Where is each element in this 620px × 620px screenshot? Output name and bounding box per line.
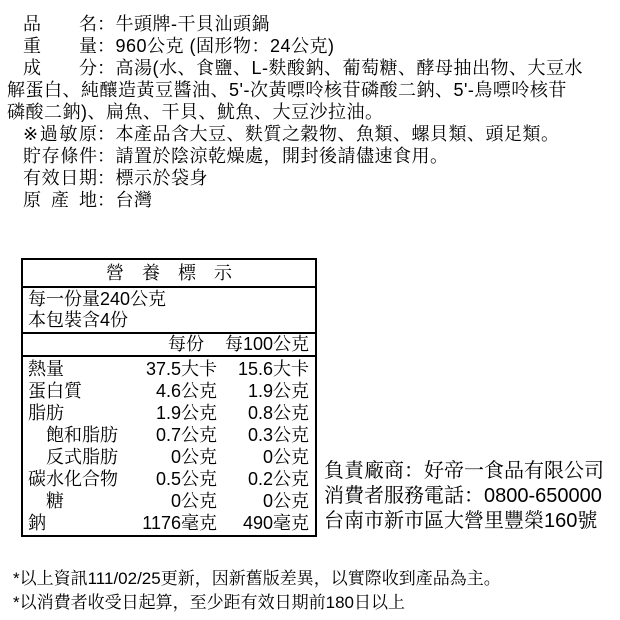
field-label-expiry: 有效日期 <box>23 167 97 189</box>
field-label-storage: 貯存條件 <box>23 145 97 167</box>
nutrient-name: 蛋白質 <box>23 380 127 402</box>
nutrient-per-100g: 0.8公克 <box>217 402 309 424</box>
nutrient-row-carbohydrate: 碳水化合物 0.5公克 0.2公克 <box>23 468 309 490</box>
nutrient-name: 碳水化合物 <box>23 468 127 490</box>
nutrient-per-serving: 1.9公克 <box>127 402 217 424</box>
nutrient-name: 反式脂肪 <box>23 446 127 468</box>
field-label-product-name: 品名 <box>23 13 97 35</box>
servings-per-pack: 本包裝含4份 <box>28 310 315 331</box>
footnote-shelf-life: *以消費者收受日起算，至少距有效日期前180日以上 <box>13 591 501 615</box>
nutrient-per-100g: 0.3公克 <box>217 424 309 446</box>
nutrient-row-trans-fat: 反式脂肪 0公克 0公克 <box>23 446 309 468</box>
field-value-expiry: 標示於袋身 <box>116 168 209 188</box>
nutrient-per-serving: 1176毫克 <box>127 512 217 534</box>
colon-separator: ： <box>97 123 116 145</box>
nutrient-row-saturated-fat: 飽和脂肪 0.7公克 0.3公克 <box>23 424 309 446</box>
field-value-product-name: 牛頭牌-干貝汕頭鍋 <box>116 14 271 34</box>
colon-separator: ： <box>97 167 116 189</box>
nutrient-name: 糖 <box>23 490 127 512</box>
product-info-block: 品名：牛頭牌-干貝汕頭鍋 重量：960公克 (固形物：24公克) 成分：高湯(水… <box>7 13 613 211</box>
nutrient-row-fat: 脂肪 1.9公克 0.8公克 <box>23 402 309 424</box>
nutrient-per-100g: 490毫克 <box>217 512 309 534</box>
info-row-expiry: 有效日期：標示於袋身 <box>7 167 613 189</box>
colon-separator: ： <box>97 13 116 35</box>
colon-separator: ： <box>97 145 116 167</box>
info-row-storage: 貯存條件：請置於陰涼乾燥處，開封後請儘速食用。 <box>7 145 613 167</box>
nutrient-row-protein: 蛋白質 4.6公克 1.9公克 <box>23 380 309 402</box>
footnote-update-date: *以上資訊111/02/25更新，因新舊版差異，以實際收到產品為主。 <box>13 567 501 591</box>
colon-separator: ： <box>97 189 116 211</box>
field-value-storage: 請置於陰涼乾燥處，開封後請儘速食用。 <box>116 146 449 166</box>
column-header-per-100g: 每100公克 <box>217 334 309 355</box>
field-label-weight: 重量 <box>23 35 97 57</box>
service-phone-line: 消費者服務電話：0800-650000 <box>324 484 604 509</box>
nutrient-per-serving: 0公克 <box>127 490 217 512</box>
colon-separator: ： <box>97 35 116 57</box>
ingredients-continuation-line: 磷酸二鈉)、扁魚、干貝、魷魚、大豆沙拉油。 <box>7 101 613 123</box>
info-row-weight: 重量：960公克 (固形物：24公克) <box>7 35 613 57</box>
colon-separator: ： <box>97 57 116 79</box>
serving-info-section: 每一份量240公克 本包裝含4份 <box>23 288 315 334</box>
nutrient-name: 熱量 <box>23 358 127 380</box>
field-value-ingredients: 高湯(水、食鹽、L-麩酸鈉、葡萄糖、酵母抽出物、大豆水 <box>116 58 584 78</box>
nutrient-per-100g: 1.9公克 <box>217 380 309 402</box>
vendor-name-line: 負責廠商：好帝一食品有限公司 <box>324 459 604 484</box>
vendor-address-line: 台南市新市區大營里豐榮160號 <box>324 509 604 534</box>
info-row-product-name: 品名：牛頭牌-干貝汕頭鍋 <box>7 13 613 35</box>
product-label-page: 品名：牛頭牌-干貝汕頭鍋 重量：960公克 (固形物：24公克) 成分：高湯(水… <box>0 0 620 620</box>
info-row-origin: 原產地：台灣 <box>7 189 613 211</box>
nutrient-name: 脂肪 <box>23 402 127 424</box>
nutrient-per-100g: 0.2公克 <box>217 468 309 490</box>
nutrient-rows: 熱量 37.5大卡 15.6大卡 蛋白質 4.6公克 1.9公克 脂肪 1.9公… <box>23 357 315 535</box>
info-row-ingredients: 成分：高湯(水、食鹽、L-麩酸鈉、葡萄糖、酵母抽出物、大豆水 <box>7 57 613 79</box>
vendor-info-block: 負責廠商：好帝一食品有限公司 消費者服務電話：0800-650000 台南市新市… <box>324 459 604 534</box>
nutrient-per-100g: 0公克 <box>217 446 309 468</box>
field-label-allergens: ※過敏原 <box>23 123 97 145</box>
serving-size: 每一份量240公克 <box>28 289 315 310</box>
field-value-allergens: 本產品含大豆、麩質之穀物、魚類、螺貝類、頭足類。 <box>116 124 560 144</box>
nutrient-name: 飽和脂肪 <box>23 424 127 446</box>
nutrient-per-serving: 0公克 <box>127 446 217 468</box>
column-header-per-serving: 每份 <box>127 334 217 355</box>
field-value-origin: 台灣 <box>116 190 153 210</box>
field-label-ingredients: 成分 <box>23 57 97 79</box>
field-value-weight: 960公克 (固形物：24公克) <box>116 36 335 56</box>
nutrient-per-100g: 0公克 <box>217 490 309 512</box>
nutrient-per-serving: 4.6公克 <box>127 380 217 402</box>
nutrition-facts-table: 營養標示 每一份量240公克 本包裝含4份 每份 每100公克 熱量 37.5大… <box>21 258 317 537</box>
nutrient-row-sodium: 鈉 1176毫克 490毫克 <box>23 512 309 534</box>
nutrient-per-serving: 37.5大卡 <box>127 358 217 380</box>
nutrient-per-100g: 15.6大卡 <box>217 358 309 380</box>
nutrient-per-serving: 0.5公克 <box>127 468 217 490</box>
footnotes-block: *以上資訊111/02/25更新，因新舊版差異，以實際收到產品為主。 *以消費者… <box>13 567 501 615</box>
nutrition-table-title: 營養標示 <box>23 260 315 288</box>
nutrient-name: 鈉 <box>23 512 127 534</box>
nutrient-per-serving: 0.7公克 <box>127 424 217 446</box>
column-header-row: 每份 每100公克 <box>23 334 315 357</box>
nutrient-row-sugar: 糖 0公克 0公克 <box>23 490 309 512</box>
info-row-allergens: ※過敏原：本產品含大豆、麩質之穀物、魚類、螺貝類、頭足類。 <box>7 123 613 145</box>
nutrient-row-calories: 熱量 37.5大卡 15.6大卡 <box>23 358 309 380</box>
ingredients-continuation-line: 解蛋白、純釀造黃豆醬油、5'-次黃嘌呤核苷磷酸二鈉、5'-鳥嘌呤核苷 <box>7 79 613 101</box>
field-label-origin: 原產地 <box>23 189 97 211</box>
